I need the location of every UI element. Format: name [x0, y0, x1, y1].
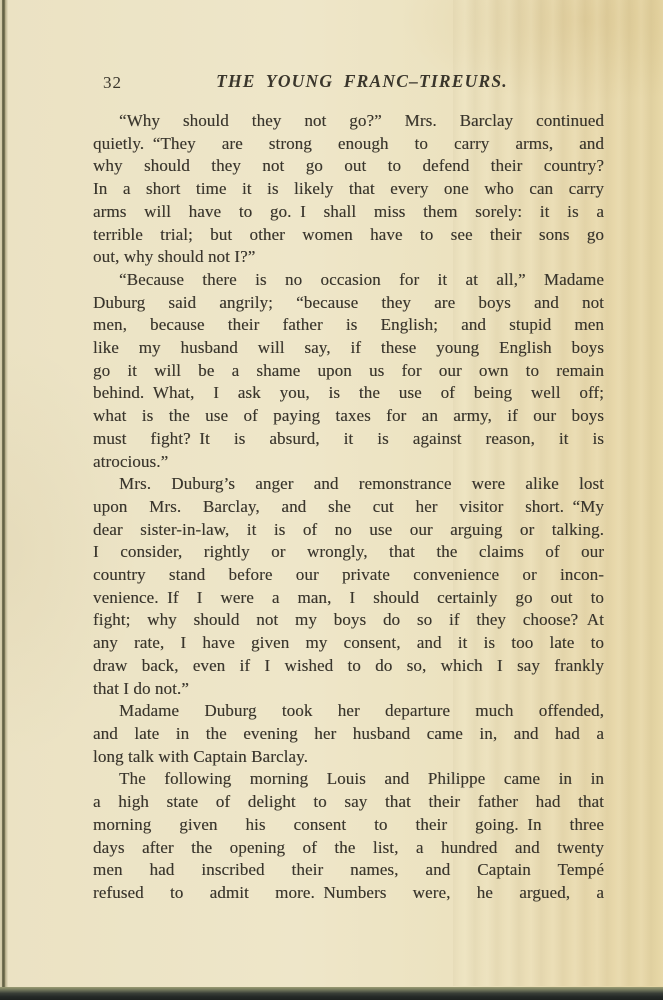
text-line: out, why should not I?” [93, 246, 604, 269]
text-line: refused to admit more. Numbers were, he … [93, 882, 604, 905]
text-line: upon Mrs. Barclay, and she cut her visit… [93, 496, 604, 519]
text-line: Mrs. Duburg’s anger and remonstrance wer… [93, 473, 604, 496]
text-line: Madame Duburg took her departure much of… [93, 700, 604, 723]
text-line: that I do not.” [93, 678, 604, 701]
bottom-page-edge [0, 987, 663, 1000]
text-line: quietly. “They are strong enough to carr… [93, 133, 604, 156]
text-line: arms will have to go. I shall miss them … [93, 201, 604, 224]
text-line: I consider, rightly or wrongly, that the… [93, 541, 604, 564]
text-line: terrible trial; but other women have to … [93, 224, 604, 247]
text-line: morning given his consent to their going… [93, 814, 604, 837]
text-line: what is the use of paying taxes for an a… [93, 405, 604, 428]
running-title: THE YOUNG FRANC–TIREURS. [93, 71, 605, 92]
text-line: and late in the evening her husband came… [93, 723, 604, 746]
text-line: men, because their father is English; an… [93, 314, 604, 337]
text-line: long talk with Captain Barclay. [93, 746, 604, 769]
text-line: go it will be a shame upon us for our ow… [93, 360, 604, 383]
text-line: behind. What, I ask you, is the use of b… [93, 382, 604, 405]
text-line: any rate, I have given my consent, and i… [93, 632, 604, 655]
text-line: “Because there is no occasion for it at … [93, 269, 604, 292]
text-line: draw back, even if I wished to do so, wh… [93, 655, 604, 678]
text-line: In a short time it is likely that every … [93, 178, 604, 201]
page-header: 32 THE YOUNG FRANC–TIREURS. [93, 71, 605, 95]
text-line: why should they not go out to defend the… [93, 155, 604, 178]
page-number: 32 [103, 73, 122, 93]
text-line: venience. If I were a man, I should cert… [93, 587, 604, 610]
text-line: like my husband will say, if these young… [93, 337, 604, 360]
text-line: The following morning Louis and Philippe… [93, 768, 604, 791]
text-line: Duburg said angrily; “because they are b… [93, 292, 604, 315]
text-line: country stand before our private conveni… [93, 564, 604, 587]
text-line: “Why should they not go?” Mrs. Barclay c… [93, 110, 604, 133]
book-page: 32 THE YOUNG FRANC–TIREURS. “Why should … [0, 0, 663, 1000]
text-line: men had inscribed their names, and Capta… [93, 859, 604, 882]
text-line: atrocious.” [93, 451, 604, 474]
text-line: dear sister-in-law, it is of no use our … [93, 519, 604, 542]
text-block: “Why should they not go?” Mrs. Barclay c… [93, 110, 604, 905]
text-line: days after the opening of the list, a hu… [93, 837, 604, 860]
text-line: fight; why should not my boys do so if t… [93, 609, 604, 632]
text-line: must fight? It is absurd, it is against … [93, 428, 604, 451]
binding-edge [0, 0, 8, 987]
text-line: a high state of delight to say that thei… [93, 791, 604, 814]
